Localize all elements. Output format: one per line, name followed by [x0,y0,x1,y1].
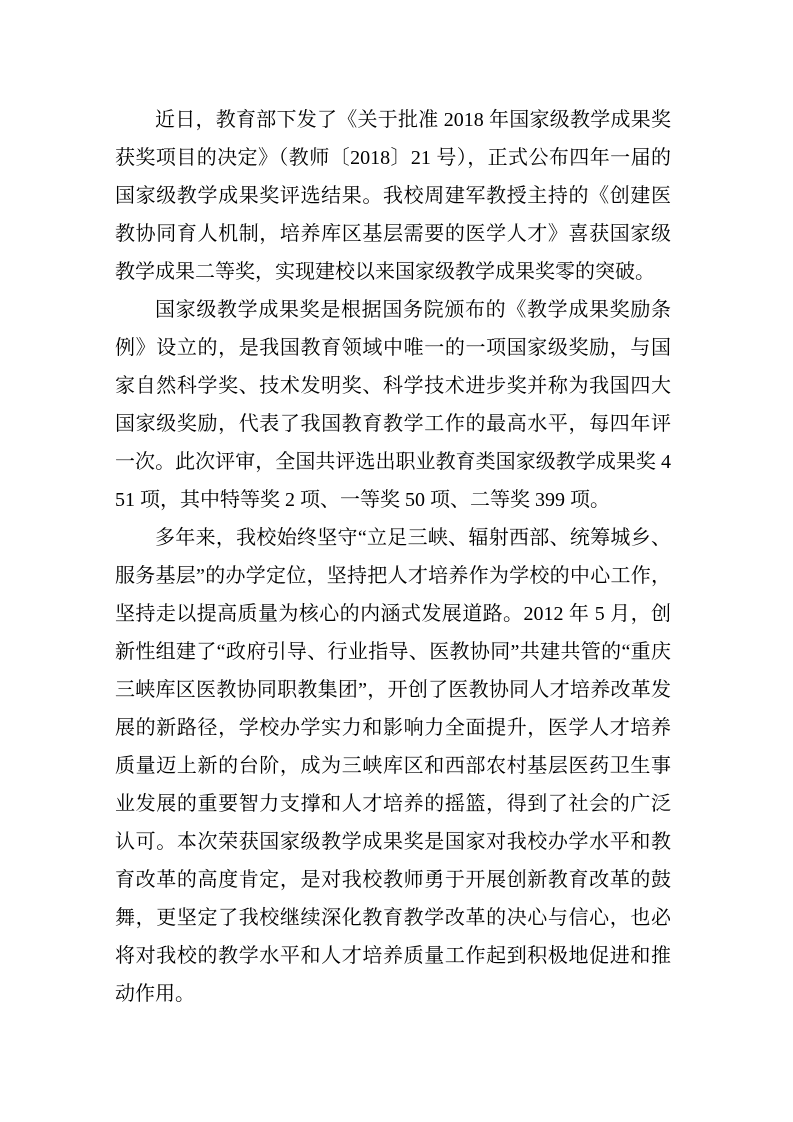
paragraph-3: 多年来，我校始终坚守“立足三峡、辐射西部、统筹城乡、服务基层”的办学定位，坚持把… [115,519,671,1013]
document-text-block: 近日，教育部下发了《关于批准 2018 年国家级教学成果奖获奖项目的决定》（教师… [115,101,671,1013]
paragraph-2: 国家级教学成果奖是根据国务院颁布的《教学成果奖励条例》设立的，是我国教育领域中唯… [115,291,671,519]
document-page: 近日，教育部下发了《关于批准 2018 年国家级教学成果奖获奖项目的决定》（教师… [0,0,793,1122]
paragraph-1: 近日，教育部下发了《关于批准 2018 年国家级教学成果奖获奖项目的决定》（教师… [115,101,671,291]
